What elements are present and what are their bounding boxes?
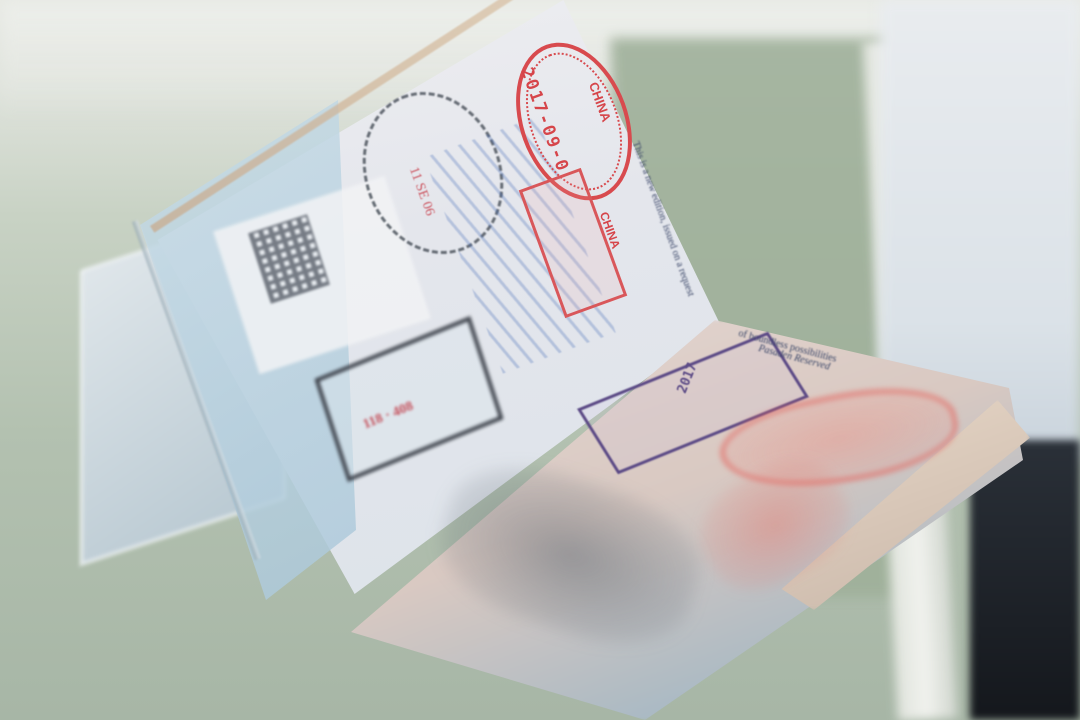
photo-scene: 11 SE 06 2017-09-0 CHINA CHINA 118 · 408… [0, 0, 1080, 720]
